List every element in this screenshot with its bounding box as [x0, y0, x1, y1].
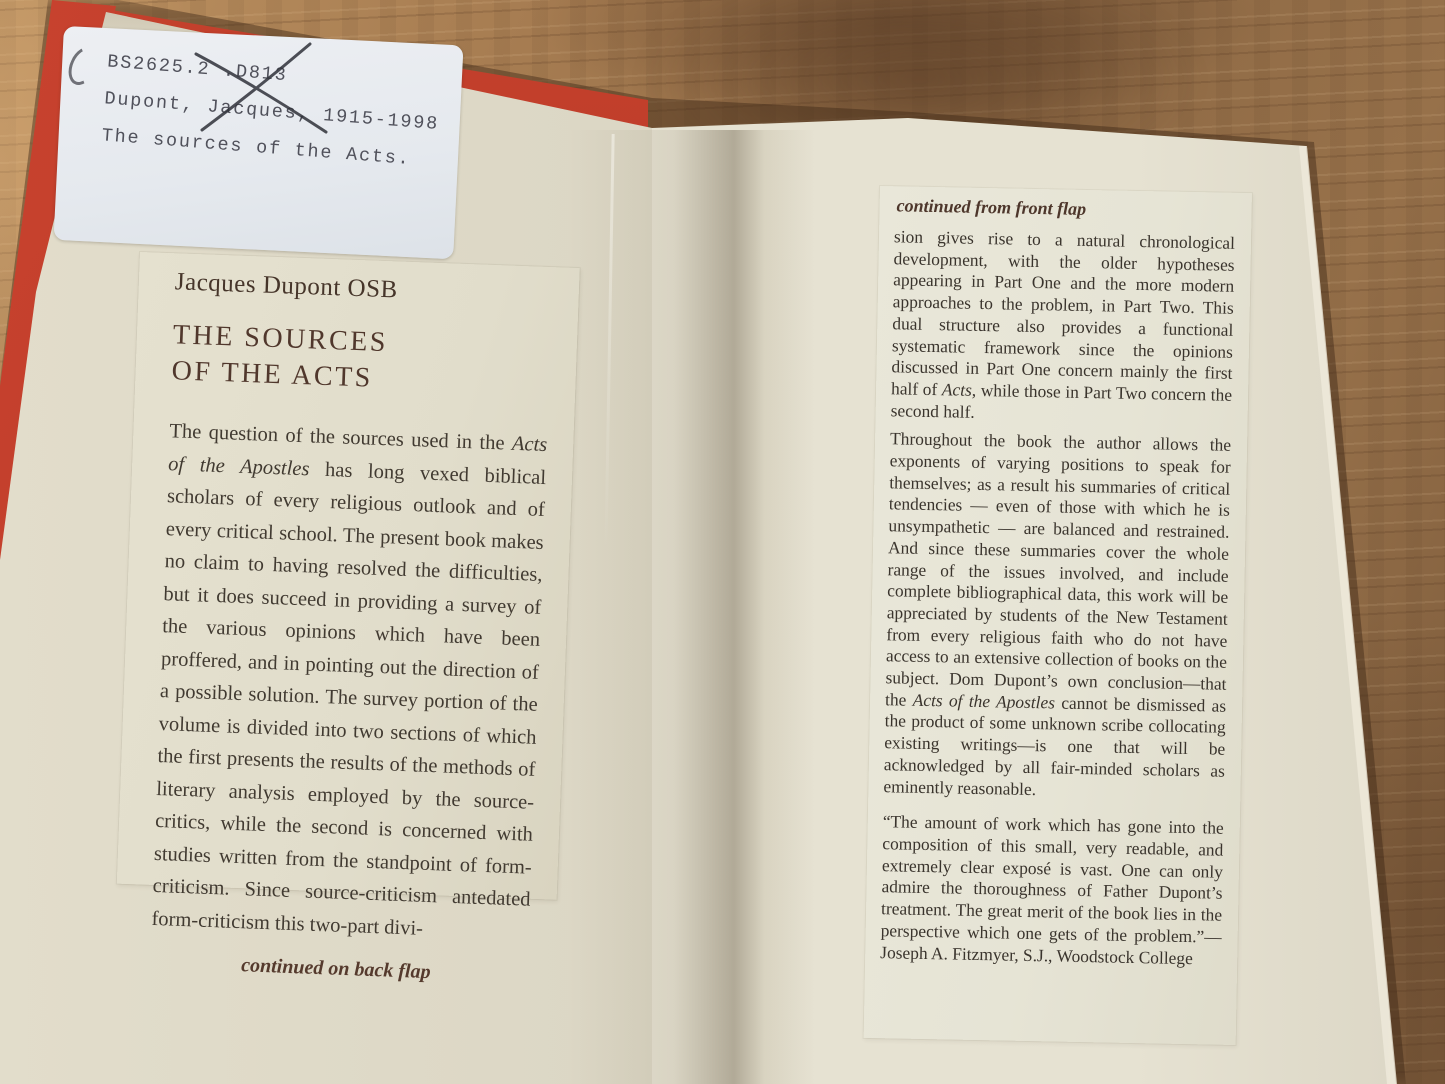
crossout-x-mark: [186, 38, 334, 140]
back-flap-continuation-header: continued from front flap: [896, 194, 1235, 223]
front-flap-clipping: Jacques Dupont OSB THE SOURCES OF THE AC…: [117, 252, 580, 900]
back-flap-paragraph-2: Throughout the book the author allows th…: [883, 429, 1231, 804]
flap-author-name: Jacques Dupont OSB: [174, 267, 553, 311]
flap-book-title: THE SOURCES OF THE ACTS: [171, 317, 551, 403]
front-flap-body-text: The question of the sources used in the …: [151, 415, 548, 949]
photo-open-book: Jacques Dupont OSB THE SOURCES OF THE AC…: [0, 0, 1445, 1084]
back-flap-clipping: continued from front flap sion gives ris…: [864, 186, 1252, 1045]
back-flap-paragraph-1: sion gives rise to a natural chronologic…: [890, 226, 1235, 428]
back-flap-review-quote: “The amount of work which has gone into …: [880, 811, 1224, 969]
book-gutter-shadow: [566, 130, 902, 1084]
